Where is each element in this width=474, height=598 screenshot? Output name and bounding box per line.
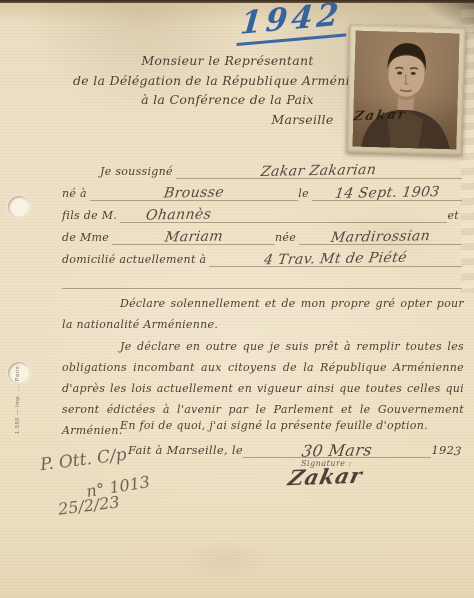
photo-signature-overlay: Zakar [352, 107, 408, 124]
form-row-name: Je soussigné Zakar Zakarian [62, 158, 462, 179]
year-annotation: 1942 [236, 0, 349, 46]
document-page: 1942 Monsieur le Représentant de la Délé… [0, 0, 474, 598]
registry-note-3: 25/2/23 [57, 492, 121, 518]
execution-line: Fait à Marseille, le 30 Mars 192 3 [128, 436, 462, 458]
label-fils-de: fils de M. [62, 209, 120, 223]
field-date-value: 30 Mars [301, 442, 373, 458]
field-father: Ohannès [120, 202, 447, 223]
label-year-printed: 192 [431, 443, 454, 458]
label-de-mme: de Mme [62, 231, 112, 245]
hole-punch [8, 196, 30, 218]
label-je-soussigne: Je soussigné [100, 165, 176, 179]
printer-mark: 1.559 — Imp. …, Paris [15, 366, 21, 434]
identity-photo: Zakar [346, 24, 466, 155]
field-year-written: 3 [453, 444, 463, 458]
field-father-value: Ohannès [145, 207, 212, 223]
field-birthplace: Brousse [90, 180, 298, 201]
field-birthdate-value: 14 Sept. 1903 [334, 185, 441, 202]
declaration-paragraph-3: En foi de quoi, j'ai signé la présente f… [62, 415, 464, 436]
field-birthdate: 14 Sept. 1903 [312, 180, 462, 201]
label-fait-a: Fait à Marseille, le [128, 443, 243, 458]
form-row-father: fils de M. Ohannès et [62, 202, 462, 223]
label-domicilie: domicilié actuellement à [62, 253, 209, 267]
field-mother-maiden: Mardirossian [299, 224, 462, 245]
form-fields: Je soussigné Zakar Zakarian né à Brousse… [62, 158, 462, 290]
aging-blotch [180, 540, 270, 580]
scan-top-edge [0, 0, 474, 3]
field-birthplace-value: Brousse [163, 185, 225, 201]
label-nee: née [275, 231, 299, 245]
field-address: 4 Trav. Mt de Piété [209, 246, 462, 267]
portrait-image: Zakar [352, 31, 459, 150]
form-row-blank [62, 268, 462, 289]
label-et: et [447, 209, 462, 223]
registry-note-1: P. Ott. C/p [39, 445, 128, 475]
form-row-address: domicilié actuellement à 4 Trav. Mt de P… [62, 246, 462, 267]
label-ne-a: né à [62, 187, 90, 201]
form-row-mother: de Mme Mariam née Mardirossian [62, 224, 462, 245]
field-mother-value: Mariam [163, 229, 223, 245]
field-date: 30 Mars [243, 437, 431, 458]
field-mother-maiden-value: Mardirossian [330, 229, 431, 246]
signature: Zakar [286, 463, 365, 491]
form-row-birth: né à Brousse le 14 Sept. 1903 [62, 180, 462, 201]
field-blank [62, 268, 462, 289]
field-address-value: 4 Trav. Mt de Piété [263, 251, 408, 268]
field-name: Zakar Zakarian [176, 158, 462, 179]
field-name-value: Zakar Zakarian [260, 163, 378, 180]
label-le: le [298, 187, 312, 201]
field-mother: Mariam [112, 224, 275, 245]
declaration-paragraph-1: Déclare solennellement et de mon propre … [62, 293, 464, 335]
portrait-illustration [352, 31, 459, 150]
